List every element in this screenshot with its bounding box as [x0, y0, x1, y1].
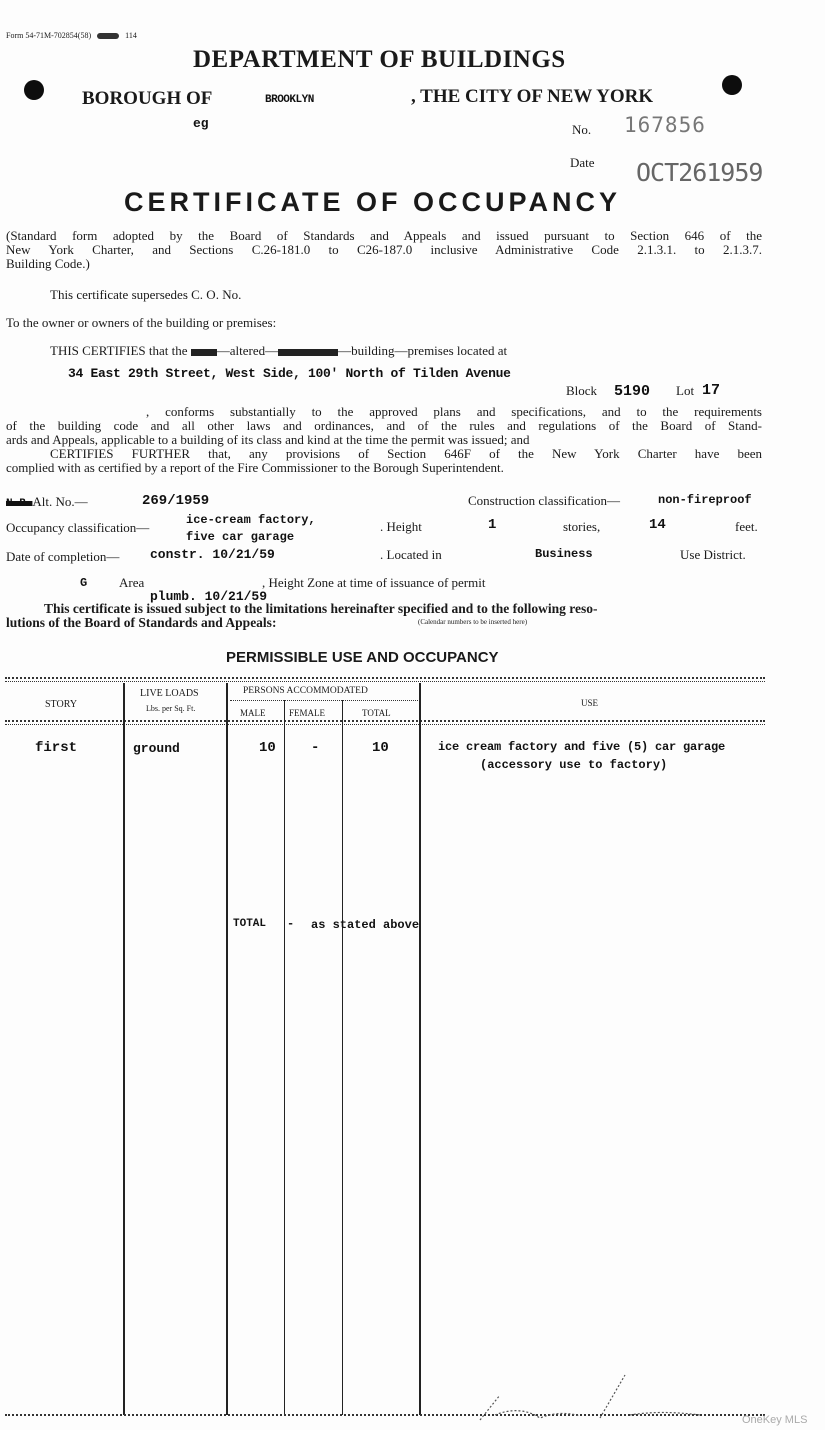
- occupancy-label: Occupancy classification—: [6, 520, 149, 536]
- further-line-2: complied with as certified by a report o…: [6, 461, 706, 475]
- feet-label: feet.: [735, 519, 758, 535]
- cell-story: first: [35, 740, 77, 756]
- cell-use-line-1: ice cream factory and five (5) car garag…: [438, 740, 725, 754]
- alt-label: Alt. No.—: [32, 494, 87, 509]
- area-label: Area: [119, 575, 144, 591]
- alt-number-value: 269/1959: [142, 493, 209, 509]
- use-district-label: Use District.: [680, 547, 746, 563]
- certificate-date: OCT261959: [636, 158, 762, 187]
- cell-female: -: [311, 740, 319, 756]
- column-divider: [419, 683, 421, 1415]
- limitations-line-2: lutions of the Board of Standards and Ap…: [6, 615, 276, 631]
- punch-hole-icon: [24, 80, 44, 100]
- header-story: STORY: [45, 699, 77, 710]
- table-header-rule: [5, 724, 765, 725]
- stories-label: stories,: [563, 519, 600, 535]
- to-owner-text: To the owner or owners of the building o…: [6, 315, 276, 331]
- header-male: MALE: [240, 708, 266, 718]
- height-feet-value: 14: [649, 517, 666, 533]
- completion-label: Date of completion—: [6, 549, 119, 565]
- table-title: PERMISSIBLE USE AND OCCUPANCY: [226, 649, 499, 666]
- conforms-line-3: ards and Appeals, applicable to a buildi…: [6, 433, 706, 447]
- city-label: , THE CITY OF NEW YORK: [411, 86, 653, 108]
- area-value: G: [80, 576, 87, 590]
- borough-label: BOROUGH OF: [82, 88, 212, 110]
- occupancy-value-2: five car garage: [186, 530, 294, 544]
- further-line-1: CERTIFIES FURTHER that, any provisions o…: [50, 447, 762, 461]
- construction-value: non-fireproof: [658, 493, 752, 507]
- header-female: FEMALE: [289, 708, 325, 718]
- conforms-line-2: of the building code and all other laws …: [6, 419, 762, 433]
- struck-existing-mark: [278, 349, 338, 356]
- cell-live-load: ground: [133, 741, 180, 756]
- certificate-number: 167856: [624, 113, 706, 137]
- department-heading: DEPARTMENT OF BUILDINGS: [193, 46, 566, 74]
- total-dash: -: [287, 917, 294, 931]
- watermark: OneKey MLS: [742, 1414, 807, 1426]
- calendar-note: (Calendar numbers to be inserted here): [418, 618, 527, 626]
- struck-nb-mark: N.B.: [6, 498, 32, 510]
- struck-new-mark: [191, 349, 217, 356]
- punch-hole-icon: [722, 75, 742, 95]
- seal-mark-icon: [97, 33, 119, 39]
- construction-label: Construction classification—: [468, 493, 620, 509]
- borough-mark: eg: [193, 116, 209, 131]
- height-stories-value: 1: [488, 517, 496, 533]
- header-persons: PERSONS ACCOMMODATED: [243, 686, 368, 696]
- table-top-rule: [5, 677, 765, 679]
- block-value: 5190: [614, 383, 650, 400]
- table-header-rule: [5, 720, 765, 722]
- table-top-rule: [5, 681, 765, 682]
- certifies-line: THIS CERTIFIES that the —altered——buildi…: [50, 343, 507, 359]
- height-label: . Height: [380, 519, 422, 535]
- occupancy-value-1: ice-cream factory,: [186, 513, 316, 527]
- cell-total: 10: [372, 740, 389, 756]
- form-number: Form 54-71M-702854(58) 114: [6, 31, 137, 40]
- borough-value: BROOKLYN: [265, 94, 314, 106]
- column-divider: [342, 700, 343, 1415]
- conforms-line-1: , conforms substantially to the approved…: [146, 405, 762, 419]
- column-divider: [226, 683, 228, 1415]
- completion-value-1: constr. 10/21/59: [150, 547, 275, 562]
- lot-value: 17: [702, 382, 720, 399]
- block-label: Block: [566, 383, 597, 399]
- date-label: Date: [570, 155, 595, 171]
- use-district-value: Business: [535, 547, 593, 561]
- altered-text: —altered—: [217, 343, 278, 358]
- form-suffix: 114: [125, 31, 137, 40]
- column-divider: [284, 700, 285, 1415]
- preamble-line-3: Building Code.): [6, 257, 306, 271]
- number-label: No.: [572, 122, 591, 138]
- located-label: . Located in: [380, 547, 442, 563]
- preamble-line-2: New York Charter, and Sections C.26-181.…: [6, 243, 762, 257]
- header-total: TOTAL: [362, 708, 391, 718]
- signature-icon: [460, 1360, 720, 1430]
- alt-number-row: N.B.Alt. No.—: [6, 494, 88, 510]
- lot-label: Lot: [676, 383, 694, 399]
- cell-use-line-2: (accessory use to factory): [480, 758, 667, 772]
- height-zone-label: , Height Zone at time of issuance of per…: [262, 575, 485, 591]
- supersedes-text: This certificate supersedes C. O. No.: [50, 287, 241, 303]
- persons-header-rule: [230, 700, 418, 701]
- document-title: CERTIFICATE OF OCCUPANCY: [124, 187, 621, 218]
- certifies-intro: THIS CERTIFIES that the: [50, 343, 188, 358]
- header-live-loads: LIVE LOADS: [140, 688, 199, 699]
- premises-address: 34 East 29th Street, West Side, 100' Nor…: [68, 366, 511, 381]
- header-live-loads-unit: Lbs. per Sq. Ft.: [146, 704, 195, 713]
- certifies-rest: —building—premises located at: [338, 343, 507, 358]
- form-number-text: Form 54-71M-702854(58): [6, 31, 91, 40]
- preamble-line-1: (Standard form adopted by the Board of S…: [6, 229, 762, 243]
- cell-male: 10: [259, 740, 276, 756]
- column-divider: [123, 683, 125, 1415]
- total-text: as stated above: [311, 918, 419, 932]
- header-use: USE: [581, 698, 598, 708]
- total-label: TOTAL: [233, 918, 266, 930]
